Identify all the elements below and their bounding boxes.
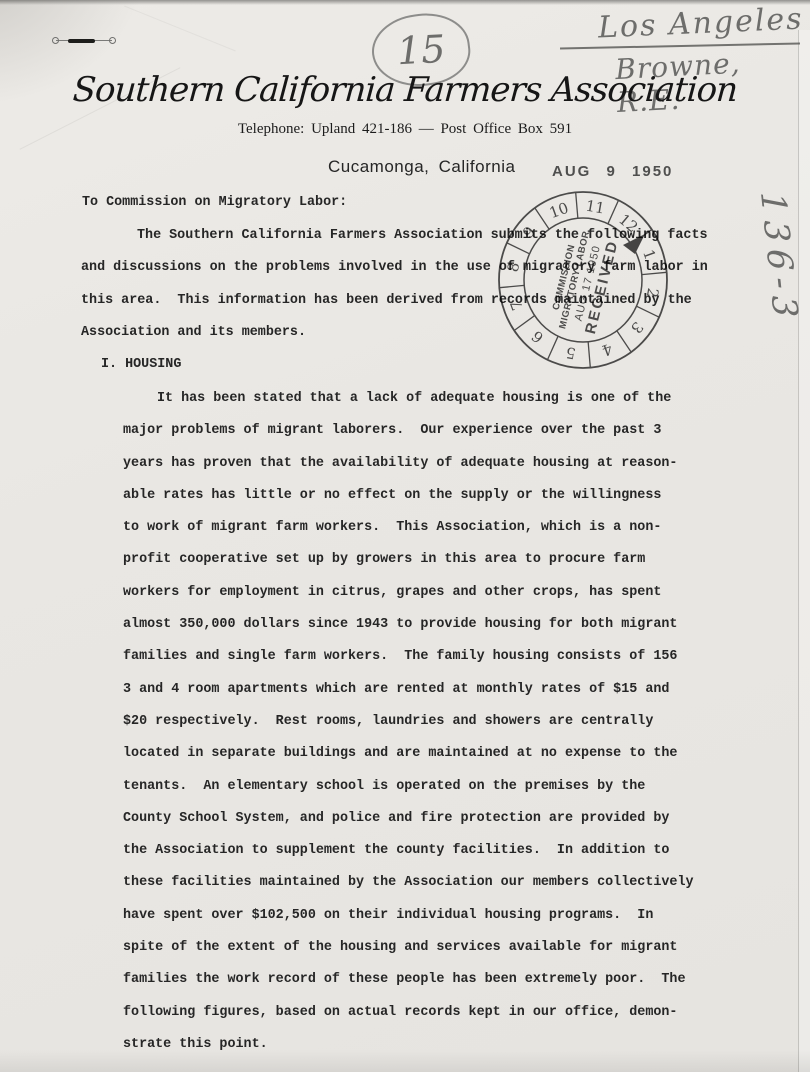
handwritten-page-number: 15 [396,27,447,73]
typewritten-line: to work of migrant farm workers. This As… [123,512,694,544]
typewritten-line: tenants. An elementary school is operate… [123,771,694,803]
typewritten-line: strate this point. [123,1029,694,1061]
typewritten-line: major problems of migrant laborers. Our … [123,415,694,447]
stamp-tick [588,342,590,368]
stamp-dial-number: 5 [564,343,577,362]
letterhead-city-line: Cucamonga, California [328,157,515,177]
typewritten-line: profit cooperative set up by growers in … [123,544,694,576]
typewritten-line: able rates has little or no effect on th… [123,480,694,512]
stamp-tick [535,208,549,229]
staple-mark [53,36,115,46]
stamp-dial-number: 7 [507,298,527,313]
stamp-dial-number: 8 [504,261,523,274]
stamp-tick [514,316,534,331]
typewritten-line: spite of the extent of the housing and s… [123,932,694,964]
housing-paragraph: It has been stated that a lack of adequa… [123,383,694,1061]
received-stamp: 123456789101112 COMMISSION MIGRATORY LAB… [494,188,672,372]
stamp-dial-number: 3 [627,318,647,337]
letterhead-organization: Southern California Farmers Association [0,70,810,110]
typewritten-line: following figures, based on actual recor… [123,997,694,1029]
typewritten-line: 3 and 4 room apartments which are rented… [123,674,694,706]
typewritten-line: families and single farm workers. The fa… [123,641,694,673]
typewritten-line: County School System, and police and fir… [123,803,694,835]
letterhead-contact-line: Telephone: Upland 421-186 — Post Office … [0,121,810,138]
paper-right-edge [798,30,799,1072]
stamp-tick [499,285,524,287]
paper-right-edge-strip [799,30,810,1072]
typewritten-line: families the work record of these people… [123,964,694,996]
stamp-dial-number: 11 [584,197,606,218]
stamp-tick [642,272,667,274]
stamp-tick [608,200,619,224]
typewritten-line: located in separate buildings and are ma… [123,738,694,770]
typewritten-line: have spent over $102,500 on their indivi… [123,900,694,932]
stamp-tick [636,306,659,317]
typewritten-line: these facilities maintained by the Assoc… [123,867,694,899]
staple-dot [109,37,116,44]
handwritten-city: Los Angeles [597,2,804,46]
staple-dot [52,37,59,44]
stamp-dial-number: 10 [547,199,571,222]
section-heading: I. HOUSING [101,349,181,381]
typewritten-line: workers for employment in citrus, grapes… [123,577,694,609]
stamp-dial-number: 4 [600,339,615,359]
stamp-dial-number: 1 [639,247,659,262]
date-stamp: AUG 9 1950 [552,163,673,180]
stamp-dial-number: 9 [519,223,539,242]
stamp-tick [507,243,530,254]
staple-blob [68,39,95,43]
salutation: To Commission on Migratory Labor: [82,187,347,219]
typewritten-line: $20 respectively. Rest rooms, laundries … [123,706,694,738]
stamp-center-text: COMMISSION MIGRATORY LABOR AUG 17 1950 R… [547,227,623,337]
typewritten-line: It has been stated that a lack of adequa… [123,383,694,415]
typewritten-line: years has proven that the availability o… [123,448,694,480]
stamp-tick [576,192,578,218]
stamp-tick [548,336,559,360]
stamp-dial-number: 2 [643,287,662,300]
stamp-dial-number: 6 [528,327,547,347]
typewritten-line: the Association to supplement the county… [123,835,694,867]
stamp-tick [617,331,631,352]
typewritten-line: almost 350,000 dollars since 1943 to pro… [123,609,694,641]
